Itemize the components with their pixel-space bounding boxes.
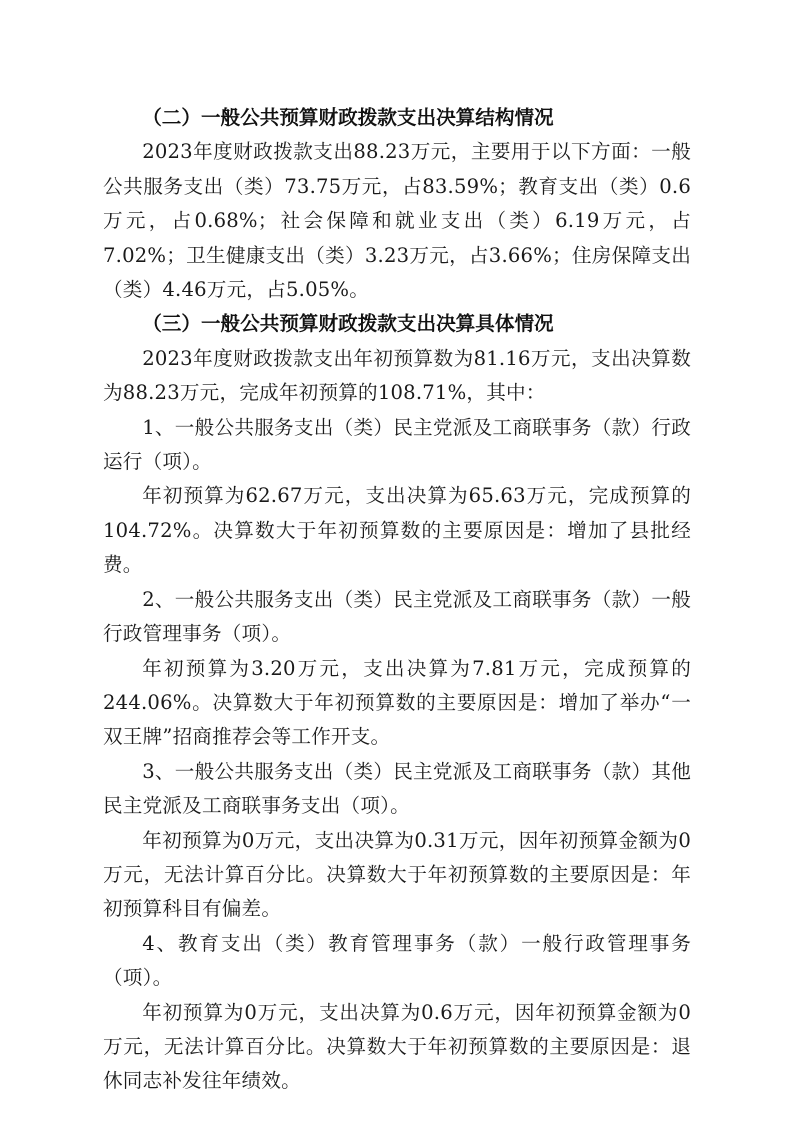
section-heading-details: （三）一般公共预算财政拨款支出决算具体情况 xyxy=(103,307,691,341)
item-4-detail: 年初预算为0万元，支出决算为0.6万元，因年初预算金额为0万元，无法计算百分比。… xyxy=(103,996,691,1099)
item-3-detail: 年初预算为0万元，支出决算为0.31万元，因年初预算金额为0万元，无法计算百分比… xyxy=(103,824,691,927)
item-4-title: 4、教育支出（类）教育管理事务（款）一般行政管理事务（项）。 xyxy=(103,927,691,996)
paragraph-structure-summary: 2023年度财政拨款支出88.23万元，主要用于以下方面：一般公共服务支出（类）… xyxy=(103,135,691,307)
item-1-title: 1、一般公共服务支出（类）民主党派及工商联事务（款）行政运行（项）。 xyxy=(103,411,691,480)
item-2-title: 2、一般公共服务支出（类）民主党派及工商联事务（款）一般行政管理事务（项）。 xyxy=(103,583,691,652)
paragraph-details-summary: 2023年度财政拨款支出年初预算数为81.16万元，支出决算数为88.23万元，… xyxy=(103,342,691,411)
section-heading-structure: （二）一般公共预算财政拨款支出决算结构情况 xyxy=(103,101,691,135)
document-page: （二）一般公共预算财政拨款支出决算结构情况 2023年度财政拨款支出88.23万… xyxy=(103,101,691,1099)
item-3-title: 3、一般公共服务支出（类）民主党派及工商联事务（款）其他民主党派及工商联事务支出… xyxy=(103,755,691,824)
item-1-detail: 年初预算为62.67万元，支出决算为65.63万元，完成预算的104.72%。决… xyxy=(103,479,691,582)
item-2-detail: 年初预算为3.20万元，支出决算为7.81万元，完成预算的244.06%。决算数… xyxy=(103,652,691,755)
